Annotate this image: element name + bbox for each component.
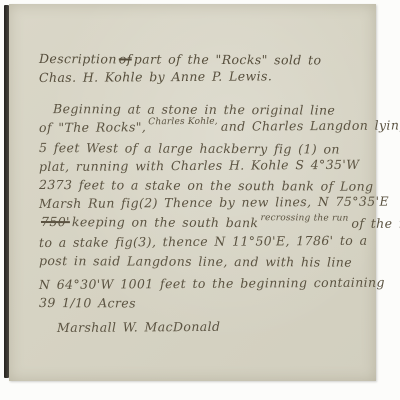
scanned-document: Descriptionofpart of the "Rocks" sold to…: [0, 0, 400, 400]
title-line-1-post: part of the "Rocks" sold to: [134, 51, 322, 67]
title-line-2: Chas. H. Kohle by Anne P. Lewis.: [39, 66, 368, 87]
body-line-8: to a stake fig(3), thence N 11°50'E, 178…: [39, 231, 368, 252]
body-line-2: of "The Rocks",Charles Kohle,and Charles…: [39, 116, 368, 139]
body-line-4: plat, running with Charles H. Kohle S 4°…: [39, 155, 368, 176]
body-line-9: post in said Langdons line, and with his…: [39, 252, 368, 272]
struck-distance-750: 750': [41, 214, 70, 229]
body-line-2-post: and Charles Langdon lying: [221, 117, 400, 133]
handwritten-text-block: Descriptionofpart of the "Rocks" sold to…: [39, 50, 368, 337]
body-line-7-post: of the run, 950': [351, 216, 400, 232]
body-line-10: N 64°30'W 1001 feet to the beginning con…: [39, 273, 368, 294]
title-line-1-pre: Description: [39, 51, 117, 66]
signature: Marshall W. MacDonald: [57, 316, 368, 337]
interline-insertion-recrossing-the-run: recrossing the run: [260, 209, 348, 228]
interline-insertion-charles-kohle: Charles Kohle,: [148, 112, 218, 131]
paper-sheet: Descriptionofpart of the "Rocks" sold to…: [9, 4, 376, 381]
struck-word-of: of: [119, 51, 132, 66]
body-line-2-pre: of "The Rocks",: [39, 119, 146, 135]
acreage-line: 39 1/10 Acres: [39, 294, 368, 314]
body-line-7-pre: keeping on the south bank: [72, 214, 259, 230]
